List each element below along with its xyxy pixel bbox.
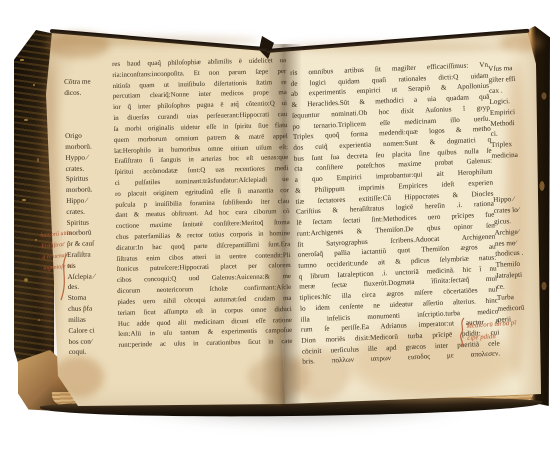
margin-note-line: crates.: [66, 206, 112, 218]
margin-note-line: Origo: [65, 130, 111, 142]
margin-note-line: Calore ci: [68, 325, 114, 337]
margin-note-line: milias: [68, 314, 114, 326]
margin-note-line: chus p̃fa: [68, 303, 114, 315]
right-page-printed-margin-notes: Vſus magiſter efficax .Logici.EmpiriciMe…: [488, 62, 555, 326]
margin-note-line: Cõtra me: [64, 76, 110, 88]
margin-note-line: crates.: [66, 163, 112, 175]
margin-note-line: Hippo ∕: [66, 195, 112, 207]
margin-note-line: bos con∕: [69, 336, 115, 348]
margin-note-line: Aſclepia ∕: [67, 271, 113, 283]
handwritten-flourish-icon: [56, 252, 72, 304]
margin-note-line: morborũ.: [66, 184, 112, 196]
book-photo: Cõtra medicos. Origomorborũ.Hyppo ∕crate…: [0, 0, 555, 455]
margin-note-line: dicos.: [64, 87, 110, 99]
margin-note-line: Spiritus: [66, 217, 112, 229]
left-page-text-column: res haud quaq̃ philoſophiæ abſimilis ē u…: [112, 56, 293, 352]
margin-note-line: des.: [68, 282, 114, 294]
margin-note-line: medicina: [491, 149, 549, 162]
margin-note-line: Spiritus: [66, 173, 112, 185]
left-page-printed-margin-notes: Cõtra medicos. Origomorborũ.Hyppo ∕crate…: [64, 76, 115, 358]
margin-note-line: coqui.: [69, 346, 115, 358]
handwritten-brace-icon: [457, 317, 467, 347]
margin-note-line: Stoma: [68, 292, 114, 304]
margin-note-line: morborũ.: [65, 141, 111, 153]
margin-note-line: Hyppo ∕: [65, 152, 111, 164]
